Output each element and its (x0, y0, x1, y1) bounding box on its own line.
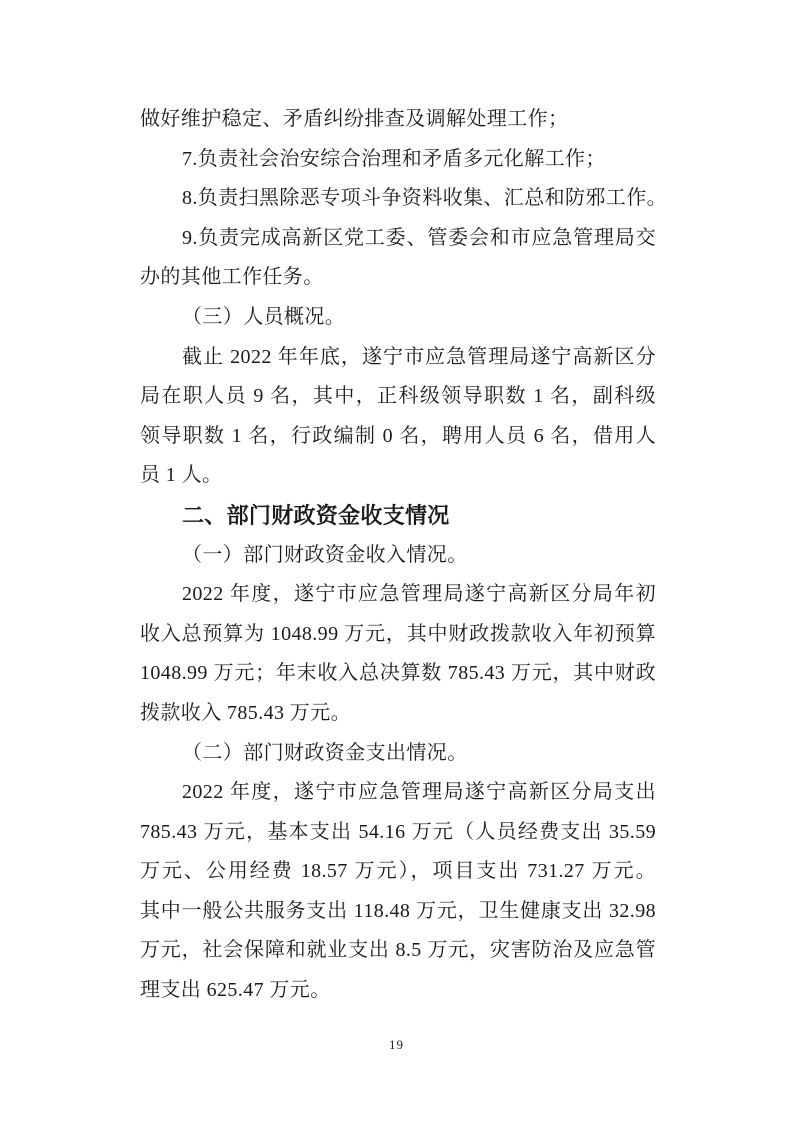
text-line: （二）部门财政资金支出情况。 (140, 734, 656, 774)
text-line: 2022 年度，遂宁市应急管理局遂宁高新区分局年初 (140, 575, 656, 615)
text-line: 万元、公用经费 18.57 万元），项目支出 731.27 万元。 (140, 852, 656, 892)
paragraph: 8.负责扫黑除恶专项斗争资料收集、汇总和防邪工作。 (140, 179, 656, 219)
text-line: 二、部门财政资金收支情况 (140, 496, 656, 536)
paragraph: 2022 年度，遂宁市应急管理局遂宁高新区分局年初收入总预算为 1048.99 … (140, 575, 656, 733)
document-body: 做好维护稳定、矛盾纠纷排查及调解处理工作；7.负责社会治安综合治理和矛盾多元化解… (140, 100, 656, 1011)
section-heading: 二、部门财政资金收支情况 (140, 496, 656, 536)
text-line: 其中一般公共服务支出 118.48 万元，卫生健康支出 32.98 (140, 892, 656, 932)
paragraph: 2022 年度，遂宁市应急管理局遂宁高新区分局支出785.43 万元，基本支出 … (140, 773, 656, 1011)
text-line: 截止 2022 年年底，遂宁市应急管理局遂宁高新区分 (140, 338, 656, 378)
paragraph: （二）部门财政资金支出情况。 (140, 734, 656, 774)
paragraph: 7.负责社会治安综合治理和矛盾多元化解工作； (140, 140, 656, 180)
paragraph: 9.负责完成高新区党工委、管委会和市应急管理局交办的其他工作任务。 (140, 219, 656, 298)
text-line: 785.43 万元，基本支出 54.16 万元（人员经费支出 35.59 (140, 813, 656, 853)
text-line: 8.负责扫黑除恶专项斗争资料收集、汇总和防邪工作。 (140, 179, 656, 219)
text-line: 理支出 625.47 万元。 (140, 971, 656, 1011)
text-line: 1048.99 万元；年末收入总决算数 785.43 万元，其中财政 (140, 654, 656, 694)
text-line: 2022 年度，遂宁市应急管理局遂宁高新区分局支出 (140, 773, 656, 813)
text-line: 7.负责社会治安综合治理和矛盾多元化解工作； (140, 140, 656, 180)
text-line: 办的其他工作任务。 (140, 258, 656, 298)
text-line: （三）人员概况。 (140, 298, 656, 338)
text-line: 收入总预算为 1048.99 万元，其中财政拨款收入年初预算 (140, 615, 656, 655)
paragraph: （三）人员概况。 (140, 298, 656, 338)
text-line: 做好维护稳定、矛盾纠纷排查及调解处理工作； (140, 100, 656, 140)
text-line: 万元，社会保障和就业支出 8.5 万元，灾害防治及应急管 (140, 931, 656, 971)
text-line: 9.负责完成高新区党工委、管委会和市应急管理局交 (140, 219, 656, 259)
text-line: 局在职人员 9 名，其中，正科级领导职数 1 名，副科级 (140, 377, 656, 417)
text-line: 拨款收入 785.43 万元。 (140, 694, 656, 734)
text-line: 领导职数 1 名，行政编制 0 名，聘用人员 6 名，借用人 (140, 417, 656, 457)
paragraph: 截止 2022 年年底，遂宁市应急管理局遂宁高新区分局在职人员 9 名，其中，正… (140, 338, 656, 496)
page-number: 19 (389, 1037, 404, 1052)
text-line: （一）部门财政资金收入情况。 (140, 536, 656, 576)
document-page: 做好维护稳定、矛盾纠纷排查及调解处理工作；7.负责社会治安综合治理和矛盾多元化解… (0, 0, 793, 1122)
page-footer: 19 (0, 1036, 793, 1054)
paragraph: （一）部门财政资金收入情况。 (140, 536, 656, 576)
paragraph: 做好维护稳定、矛盾纠纷排查及调解处理工作； (140, 100, 656, 140)
text-line: 员 1 人。 (140, 456, 656, 496)
